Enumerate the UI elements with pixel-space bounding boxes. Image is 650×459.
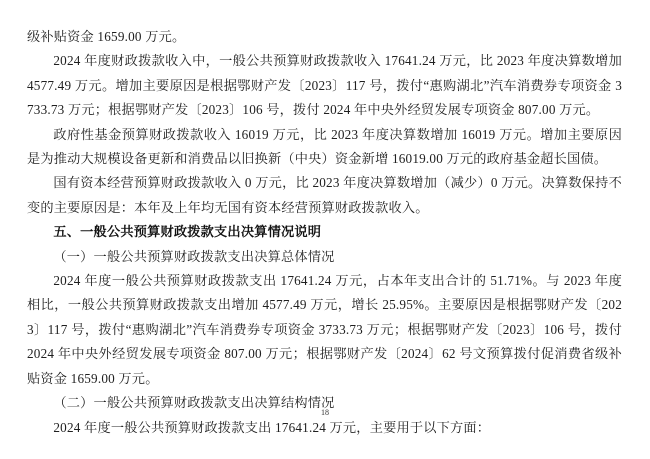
paragraph-state-capital-income: 国有资本经营预算财政拨款收入 0 万元，比 2023 年度决算数增加（减少）0 … <box>27 171 622 220</box>
sub-heading-one: （一）一般公共预算财政拨款支出决算总体情况 <box>27 245 622 269</box>
page-number: 18 <box>0 408 650 417</box>
paragraph-expenditure-structure: 2024 年度一般公共预算财政拨款支出 17641.24 万元，主要用于以下方面… <box>27 416 622 440</box>
paragraph-continuation: 级补贴资金 1659.00 万元。 <box>27 25 622 49</box>
paragraph-fiscal-income: 2024 年度财政拨款收入中，一般公共预算财政拨款收入 17641.24 万元，… <box>27 49 622 122</box>
document-body: 级补贴资金 1659.00 万元。 2024 年度财政拨款收入中，一般公共预算财… <box>27 25 622 440</box>
paragraph-gov-fund-income: 政府性基金预算财政拨款收入 16019 万元，比 2023 年度决算数增加 16… <box>27 123 622 172</box>
section-heading-five: 五、一般公共预算财政拨款支出决算情况说明 <box>27 220 622 244</box>
paragraph-expenditure-overview: 2024 年度一般公共预算财政拨款支出 17641.24 万元，占本年支出合计的… <box>27 269 622 391</box>
document-page: 级补贴资金 1659.00 万元。 2024 年度财政拨款收入中，一般公共预算财… <box>0 0 650 459</box>
